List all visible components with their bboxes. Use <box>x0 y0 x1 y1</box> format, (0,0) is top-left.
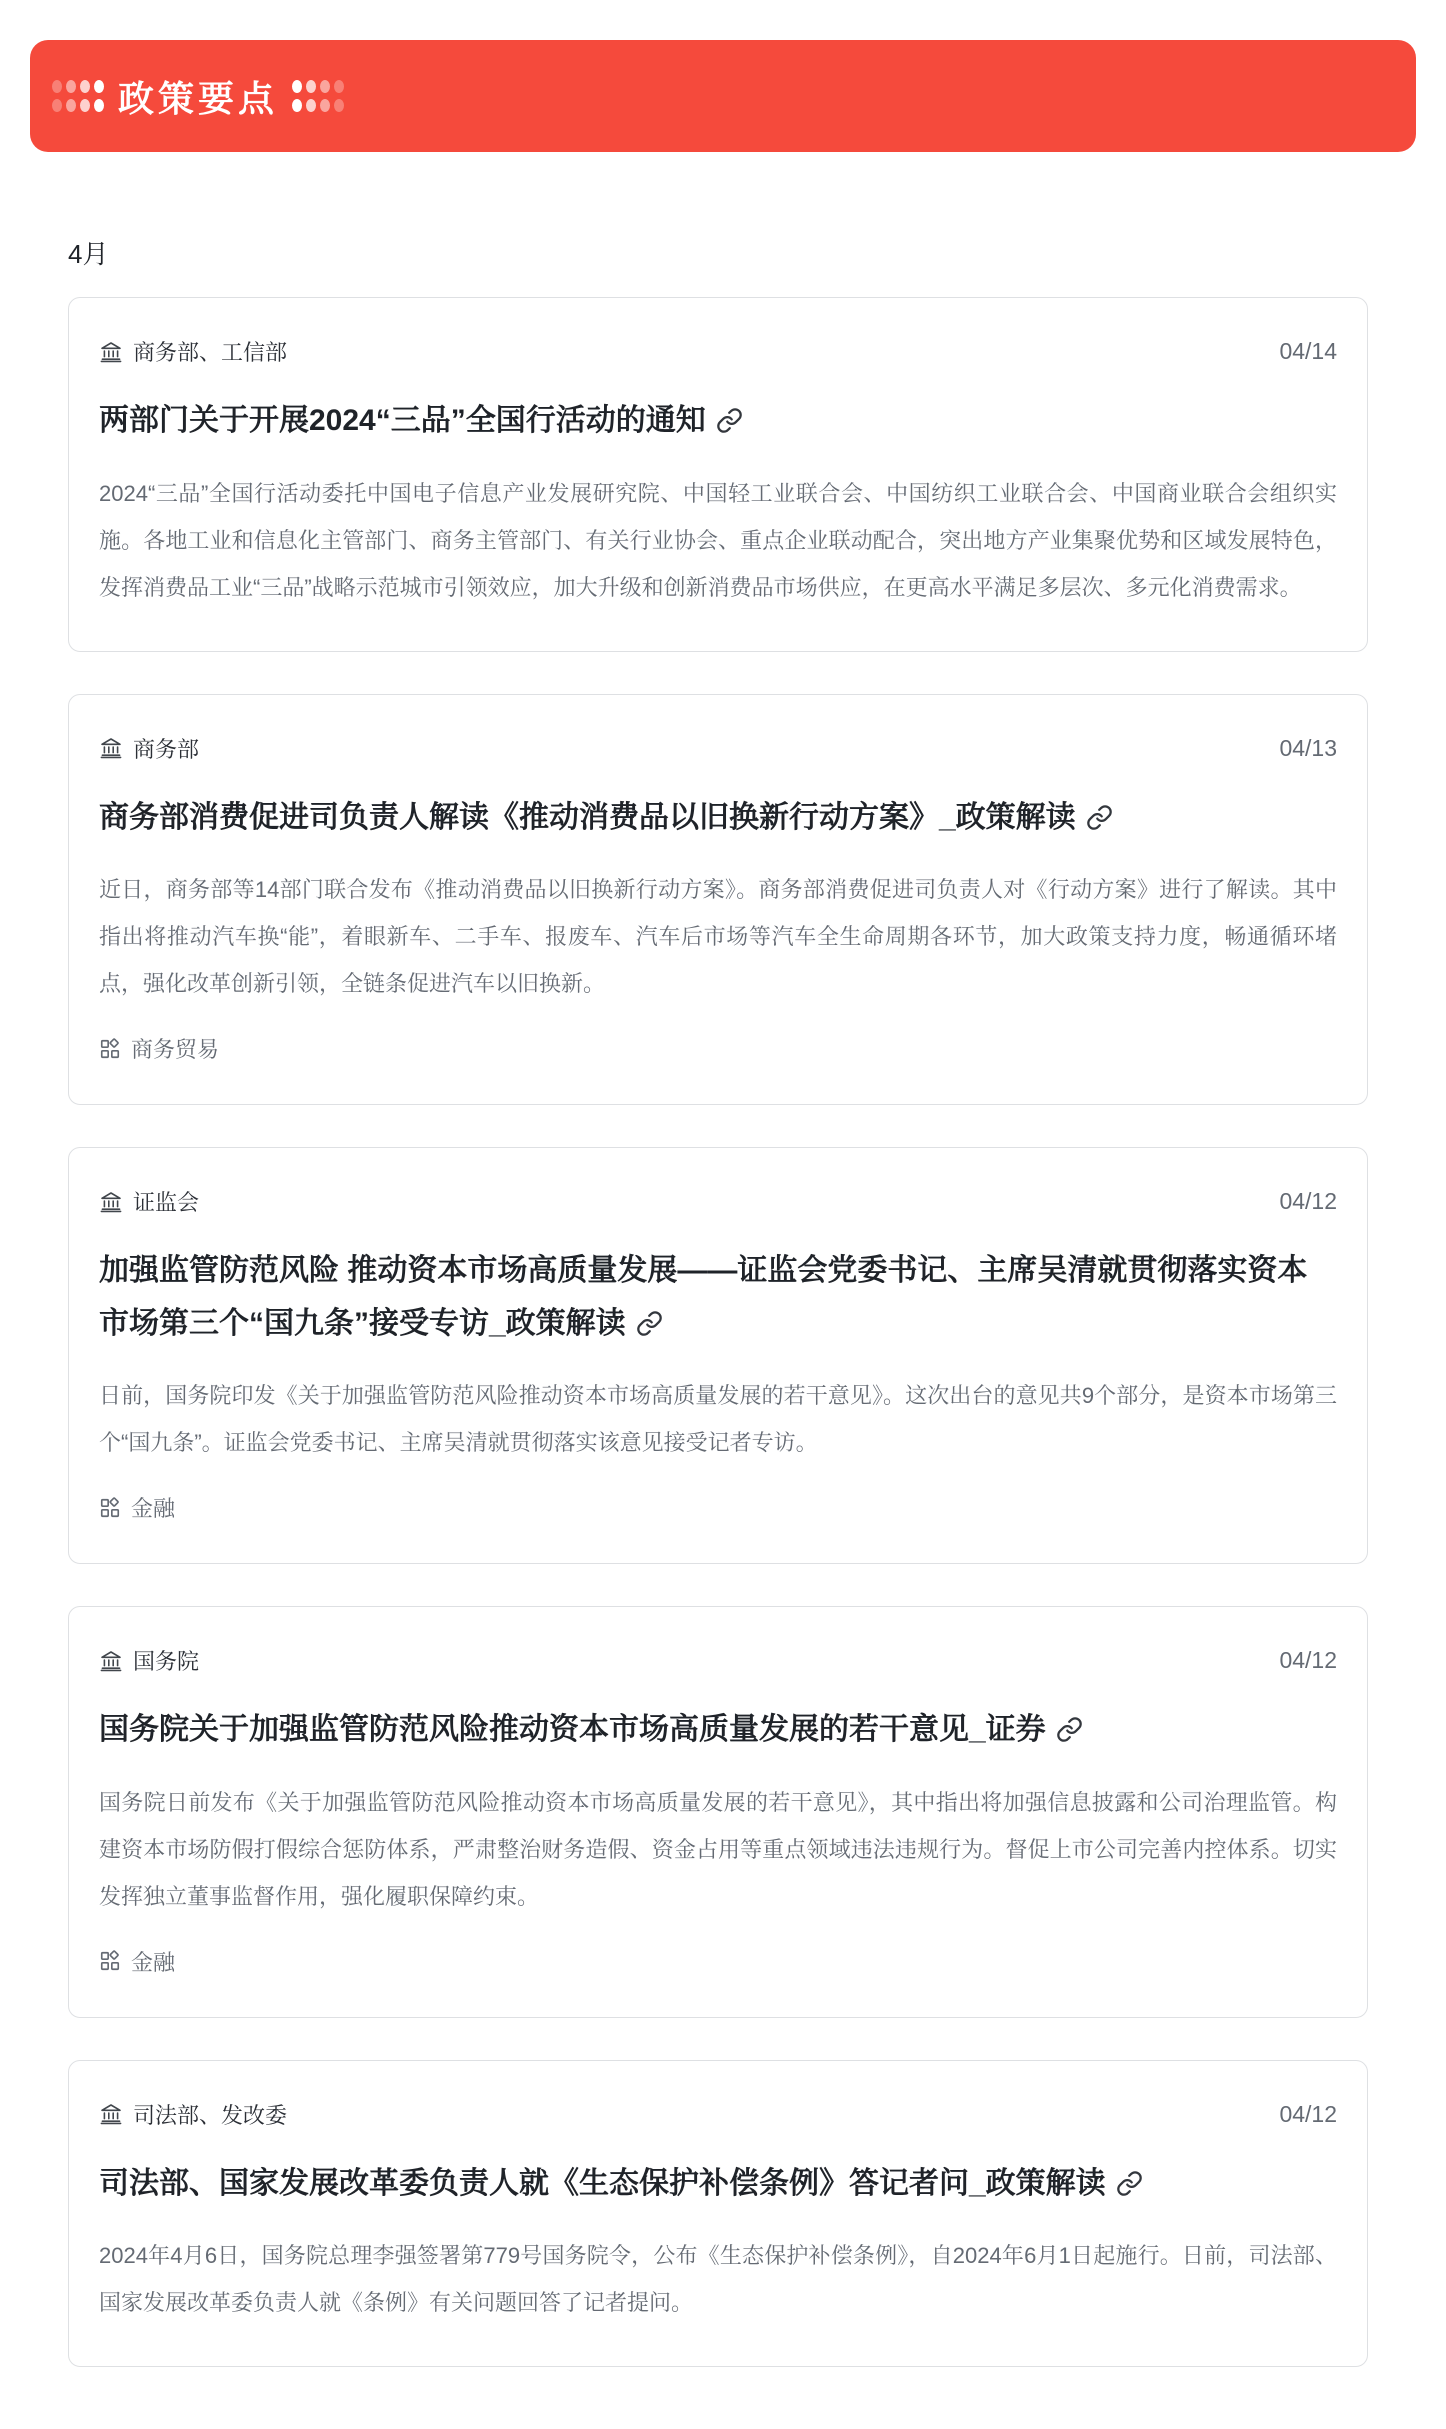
bank-icon <box>99 2102 123 2126</box>
institution: 国务院 <box>99 1645 199 1676</box>
card-header-row: 证监会 04/12 <box>99 1186 1337 1217</box>
card-header-row: 国务院 04/12 <box>99 1645 1337 1676</box>
category-icon <box>99 1038 121 1060</box>
card-summary: 国务院日前发布《关于加强监管防范风险推动资本市场高质量发展的若干意见》，其中指出… <box>99 1779 1337 1920</box>
institution-name: 证监会 <box>133 1186 199 1217</box>
card-title-text[interactable]: 两部门关于开展2024“三品”全国行活动的通知 <box>99 404 706 437</box>
link-icon[interactable] <box>636 1310 663 1337</box>
card-summary: 近日，商务部等14部门联合发布《推动消费品以旧换新行动方案》。商务部消费促进司负… <box>99 866 1337 1007</box>
card-date: 04/12 <box>1279 1188 1337 1215</box>
link-icon[interactable] <box>1056 1716 1083 1743</box>
card-title-text[interactable]: 商务部消费促进司负责人解读《推动消费品以旧换新行动方案》_政策解读 <box>99 801 1076 834</box>
policy-card: 证监会 04/12 加强监管防范风险 推动资本市场高质量发展——证监会党委书记、… <box>68 1147 1368 1564</box>
link-icon[interactable] <box>1116 2170 1143 2197</box>
bank-icon <box>99 340 123 364</box>
institution: 证监会 <box>99 1186 199 1217</box>
card-title-text[interactable]: 加强监管防范风险 推动资本市场高质量发展——证监会党委书记、主席吴清就贯彻落实资… <box>99 1254 1307 1340</box>
institution-name: 国务院 <box>133 1645 199 1676</box>
card-date: 04/12 <box>1279 1647 1337 1674</box>
card-title[interactable]: 司法部、国家发展改革委负责人就《生态保护补偿条例》答记者问_政策解读 <box>99 2158 1337 2211</box>
institution-name: 商务部 <box>133 733 199 764</box>
card-title[interactable]: 两部门关于开展2024“三品”全国行活动的通知 <box>99 395 1337 448</box>
tag-label: 商务贸易 <box>131 1033 219 1064</box>
card-title[interactable]: 商务部消费促进司负责人解读《推动消费品以旧换新行动方案》_政策解读 <box>99 792 1337 845</box>
tag-row: 商务贸易 <box>99 1033 1337 1064</box>
institution: 商务部、工信部 <box>99 336 287 367</box>
card-date: 04/14 <box>1279 338 1337 365</box>
policy-card: 商务部 04/13 商务部消费促进司负责人解读《推动消费品以旧换新行动方案》_政… <box>68 694 1368 1106</box>
tag-row: 金融 <box>99 1946 1337 1977</box>
link-icon[interactable] <box>716 407 743 434</box>
card-header-row: 司法部、发改委 04/12 <box>99 2099 1337 2130</box>
card-title[interactable]: 加强监管防范风险 推动资本市场高质量发展——证监会党委书记、主席吴清就贯彻落实资… <box>99 1245 1337 1350</box>
link-icon[interactable] <box>1086 804 1113 831</box>
card-date: 04/12 <box>1279 2101 1337 2128</box>
card-header-row: 商务部 04/13 <box>99 733 1337 764</box>
institution: 商务部 <box>99 733 199 764</box>
bank-icon <box>99 1190 123 1214</box>
tag-label: 金融 <box>131 1492 175 1523</box>
institution: 司法部、发改委 <box>99 2099 287 2130</box>
policy-card: 国务院 04/12 国务院关于加强监管防范风险推动资本市场高质量发展的若干意见_… <box>68 1606 1368 2018</box>
policy-card: 商务部、工信部 04/14 两部门关于开展2024“三品”全国行活动的通知 20… <box>68 297 1368 652</box>
card-summary: 2024年4月6日，国务院总理李强签署第779号国务院令，公布《生态保护补偿条例… <box>99 2232 1337 2326</box>
tag-label: 金融 <box>131 1946 175 1977</box>
header-dots-right-decoration <box>292 80 344 112</box>
category-icon <box>99 1497 121 1519</box>
category-icon <box>99 1950 121 1972</box>
policy-digest-page: 政策要点 4月 商务部、 <box>0 40 1446 2401</box>
institution-name: 司法部、发改委 <box>133 2099 287 2130</box>
card-header-row: 商务部、工信部 04/14 <box>99 336 1337 367</box>
tag-row: 金融 <box>99 1492 1337 1523</box>
card-summary: 2024“三品”全国行活动委托中国电子信息产业发展研究院、中国轻工业联合会、中国… <box>99 470 1337 611</box>
month-label: 4月 <box>68 234 1368 271</box>
page-title: 政策要点 <box>118 71 278 122</box>
card-title-text[interactable]: 司法部、国家发展改革委负责人就《生态保护补偿条例》答记者问_政策解读 <box>99 2167 1106 2200</box>
card-date: 04/13 <box>1279 735 1337 762</box>
card-list: 商务部、工信部 04/14 两部门关于开展2024“三品”全国行活动的通知 20… <box>68 297 1368 2401</box>
header-dots-left-decoration <box>52 80 104 112</box>
card-title[interactable]: 国务院关于加强监管防范风险推动资本市场高质量发展的若干意见_证券 <box>99 1704 1337 1757</box>
policy-card: 司法部、发改委 04/12 司法部、国家发展改革委负责人就《生态保护补偿条例》答… <box>68 2060 1368 2368</box>
card-summary: 日前，国务院印发《关于加强监管防范风险推动资本市场高质量发展的若干意见》。这次出… <box>99 1372 1337 1466</box>
institution-name: 商务部、工信部 <box>133 336 287 367</box>
page-header: 政策要点 <box>30 40 1416 152</box>
bank-icon <box>99 1649 123 1673</box>
card-title-text[interactable]: 国务院关于加强监管防范风险推动资本市场高质量发展的若干意见_证券 <box>99 1713 1046 1746</box>
bank-icon <box>99 736 123 760</box>
